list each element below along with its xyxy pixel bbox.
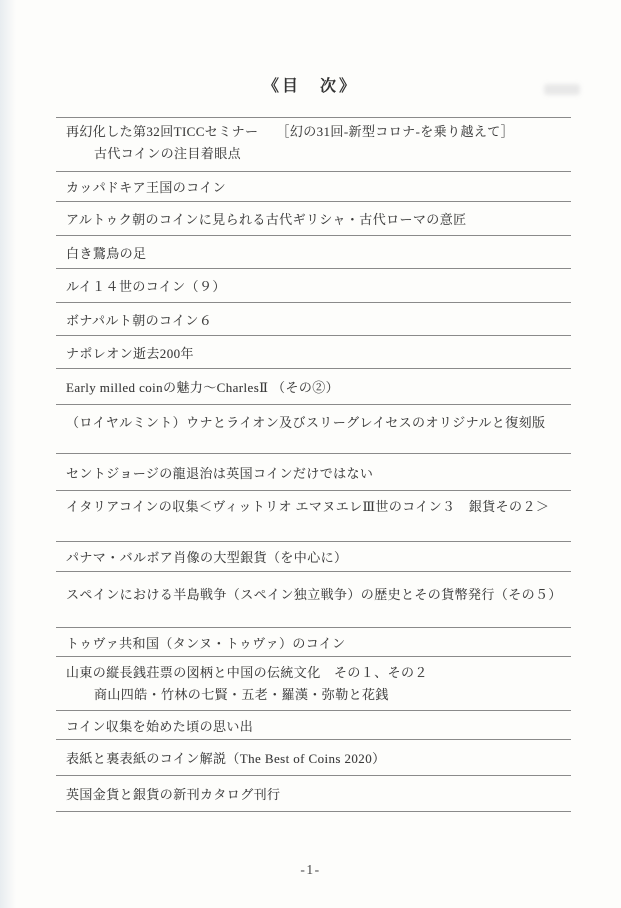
toc-entry-title: パナマ・バルボア肖像の大型銀貨（を中心に） [66, 547, 347, 566]
toc-entry: パナマ・バルボア肖像の大型銀貨（を中心に） [56, 542, 571, 572]
toc-entry: カッパドキア王国のコイン [56, 172, 571, 202]
toc-entry-title: 再幻化した第32回TICCセミナー [66, 124, 258, 139]
toc-entry-title: コイン収集を始めた頃の思い出 [66, 716, 253, 735]
toc-entry-subtitle: 古代コインの注目着眼点 [94, 143, 571, 165]
toc-entry-title: ボナパルト朝のコイン６ [66, 310, 212, 329]
toc-entry-title: トゥヴァ共和国（タンヌ・トゥヴァ）のコイン [66, 633, 346, 652]
toc-entry-title: Early milled coinの魅力～CharlesⅡ （その②） [66, 377, 339, 396]
toc-entry: （ロイヤルミント）ウナとライオン及びスリーグレイセスのオリジナルと復刻版 [56, 405, 571, 454]
page-title: 《目 次》 [0, 73, 621, 96]
toc-entry-title: 英国金貨と銀貨の新刊カタログ刊行 [66, 784, 280, 803]
toc-entry-title: セントジョージの龍退治は英国コインだけではない [66, 463, 373, 482]
toc-entry: 再幻化した第32回TICCセミナー［幻の31回-新型コロナ-を乗り越えて］ 古代… [56, 118, 571, 172]
table-of-contents: 再幻化した第32回TICCセミナー［幻の31回-新型コロナ-を乗り越えて］ 古代… [56, 117, 571, 812]
page-number: -1- [0, 862, 621, 878]
toc-entry: ナポレオン逝去200年 [56, 336, 571, 369]
toc-entry-title: （ロイヤルミント）ウナとライオン及びスリーグレイセスのオリジナルと復刻版 [66, 415, 545, 430]
toc-entry: コイン収集を始めた頃の思い出 [56, 711, 571, 740]
toc-entry: スペインにおける半島戦争（スペイン独立戦争）の歴史とその貨幣発行（その５） [56, 572, 571, 628]
toc-entry: イタリアコインの収集＜ヴィットリオ エマヌエレⅢ世のコイン３ 銀貨その２＞ [56, 491, 571, 542]
toc-entry-title: 白き鵞鳥の足 [66, 243, 146, 262]
toc-entry-title: 山東の縦長銭荘票の図柄と中国の伝統文化 その１、その２ [66, 665, 428, 680]
toc-entry-title: カッパドキア王国のコイン [66, 177, 226, 196]
scan-edge-shadow [0, 0, 16, 908]
toc-entry-title: 表紙と裏表紙のコイン解説（The Best of Coins 2020） [66, 748, 386, 767]
toc-entry-title: アルトゥク朝のコインに見られる古代ギリシャ・古代ローマの意匠 [66, 209, 467, 228]
toc-entry: Early milled coinの魅力～CharlesⅡ （その②） [56, 369, 571, 405]
toc-entry: アルトゥク朝のコインに見られる古代ギリシャ・古代ローマの意匠 [56, 202, 571, 236]
scanned-toc-page: 《目 次》 再幻化した第32回TICCセミナー［幻の31回-新型コロナ-を乗り越… [0, 0, 621, 908]
toc-entry-title: イタリアコインの収集＜ヴィットリオ エマヌエレⅢ世のコイン３ 銀貨その２＞ [66, 499, 549, 514]
toc-entry: 白き鵞鳥の足 [56, 236, 571, 269]
toc-entry: 英国金貨と銀貨の新刊カタログ刊行 [56, 776, 571, 812]
toc-entry: ルイ１４世のコイン（９） [56, 269, 571, 303]
toc-entry: 表紙と裏表紙のコイン解説（The Best of Coins 2020） [56, 740, 571, 776]
toc-entry-note: ［幻の31回-新型コロナ-を乗り越えて］ [276, 124, 514, 139]
toc-entry-subtitle: 商山四皓・竹林の七賢・五老・羅漢・弥勒と花銭 [94, 684, 571, 706]
toc-entry-title: ルイ１４世のコイン（９） [66, 276, 226, 295]
toc-entry-title: スペインにおける半島戦争（スペイン独立戦争）の歴史とその貨幣発行（その５） [66, 587, 562, 602]
toc-entry: トゥヴァ共和国（タンヌ・トゥヴァ）のコイン [56, 628, 571, 657]
toc-entry: 山東の縦長銭荘票の図柄と中国の伝統文化 その１、その２ 商山四皓・竹林の七賢・五… [56, 657, 571, 711]
toc-entry-title: ナポレオン逝去200年 [66, 343, 194, 362]
toc-entry: セントジョージの龍退治は英国コインだけではない [56, 454, 571, 491]
toc-entry: ボナパルト朝のコイン６ [56, 303, 571, 336]
